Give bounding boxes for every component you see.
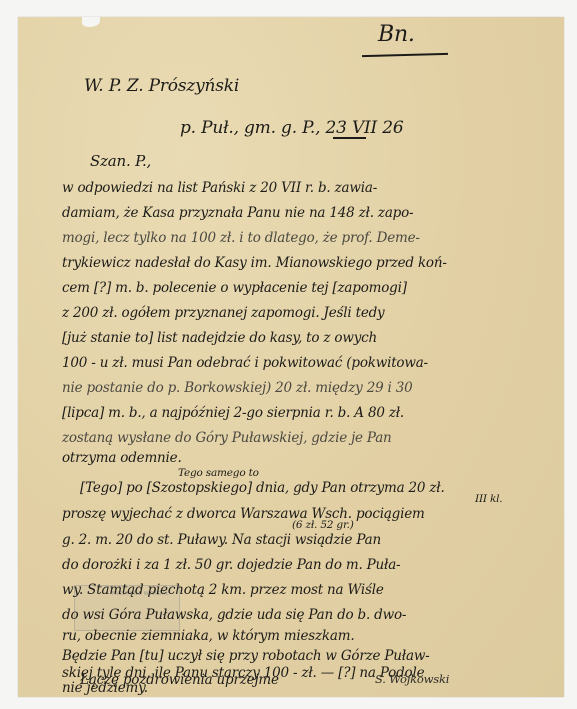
body-line-16: do dorożki i za 1 zł. 50 gr. dojedzie Pa… (62, 557, 552, 573)
body-line-4: trykiewicz nadesłał do Kasy im. Mianowsk… (62, 255, 552, 271)
month-underline (333, 137, 366, 139)
addressee: W. P. Z. Prószyński (84, 76, 239, 96)
body-line-6: z 200 zł. ogółem przyznanej zapomogi. Je… (62, 305, 552, 321)
body-line-8: 100 - u zł. musi Pan odebrać i pokwitowa… (62, 355, 552, 371)
body-line-17: wy. Stamtąd piechotą 2 km. przez most na… (62, 582, 552, 598)
body-line-10: [lipca] m. b., a najpóźniej 2-go sierpni… (62, 405, 552, 421)
body-line-19: ru, obecnie ziemniaka, w którym mieszkam… (62, 628, 552, 644)
interlinear-insert-2: III kl. (475, 493, 502, 505)
body-line-1: w odpowiedzi na list Pański z 20 VII r. … (62, 180, 552, 196)
salutation: Szan. P., (90, 152, 151, 170)
signature: S. Wójkowski (375, 672, 449, 686)
closing-line: Łączę pozdrowienia uprzejme (80, 672, 360, 688)
body-line-12: otrzyma odemnie. (62, 450, 552, 466)
body-line-9: nie postanie do p. Borkowskiej) 20 zł. m… (62, 380, 552, 396)
place-date: p. Puł., gm. g. P., 23 VII 26 (180, 118, 403, 138)
body-line-3: mogi, lecz tylko na 100 zł. i to dlatego… (62, 230, 552, 246)
body-line-5: cem [?] m. b. polecenie o wypłacenie tej… (62, 280, 552, 296)
interlinear-insert-1: Tego samego to (178, 467, 259, 479)
interlinear-insert-3: (6 zł. 52 gr.) (292, 519, 354, 531)
body-line-18: do wsi Góra Puławska, gdzie uda się Pan … (62, 607, 552, 623)
body-line-7: [już stanie to] list nadejdzie do kasy, … (62, 330, 552, 346)
body-line-2: damiam, że Kasa przyznała Panu nie na 14… (62, 205, 552, 221)
body-line-11: zostaną wysłane do Góry Puławskiej, gdzi… (62, 430, 552, 446)
body-line-20: Będzie Pan [tu] uczył się przy robotach … (62, 648, 552, 664)
header-mark: Bn. (378, 22, 415, 47)
body-line-15: g. 2. m. 20 do st. Puławy. Na stacji wsi… (62, 532, 552, 548)
